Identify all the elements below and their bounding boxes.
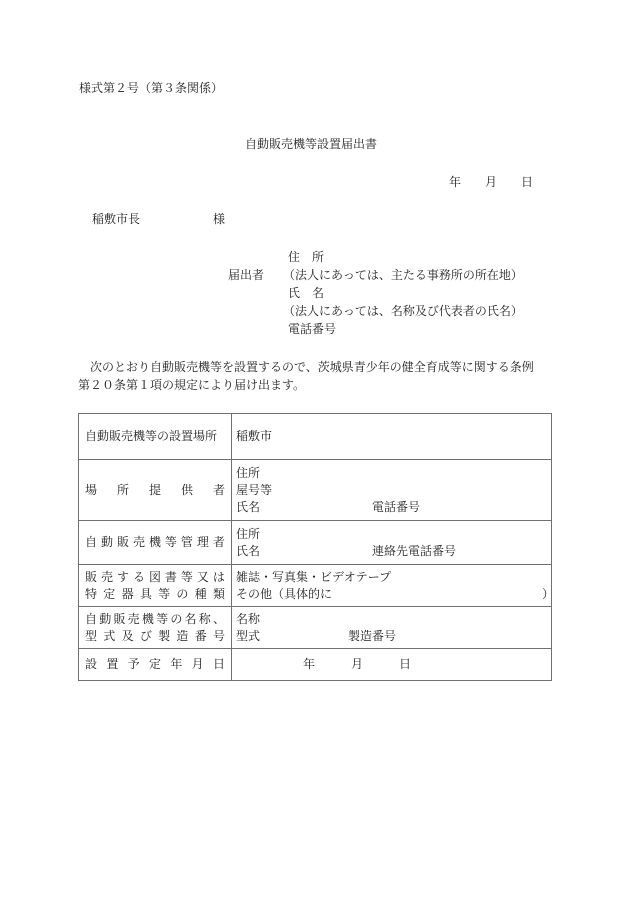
label-char: 所 xyxy=(117,482,129,499)
label-char: 及 xyxy=(122,628,134,645)
label-location-provider: 場 所 提 供 者 xyxy=(79,460,232,521)
goods-option-other: その他（具体的に xyxy=(236,587,332,601)
address-field-label: 住所 xyxy=(236,526,547,543)
name-label: 氏 名 xyxy=(288,287,324,299)
label-machine-manager: 自 動 販 売 機 等 管 理 者 xyxy=(79,521,232,565)
label-char: 置 xyxy=(106,656,118,673)
label-char: 自 xyxy=(85,611,97,628)
applicant-label: 届出者 xyxy=(228,269,264,281)
label-char: 動 xyxy=(99,611,111,628)
label-char: 等 xyxy=(181,569,193,586)
date-line: 年 月 日 xyxy=(236,656,547,673)
month-label: 月 xyxy=(485,176,497,188)
label-char: の xyxy=(170,611,182,628)
label-char: る xyxy=(133,569,145,586)
trade-name-field-label: 屋号等 xyxy=(236,482,547,499)
table-row-location-provider: 場 所 提 供 者 住所 屋号等 氏名 電話番号 xyxy=(79,460,552,521)
label-char: 販 xyxy=(117,534,129,551)
value-goods-type[interactable]: 雑誌・写真集・ビデオテープ その他（具体的に ） xyxy=(232,565,552,607)
label-char: 称 xyxy=(199,611,211,628)
label-char: 、 xyxy=(213,611,225,628)
label-char: 動 xyxy=(101,534,113,551)
label-char: 製 xyxy=(158,628,170,645)
label-char: 管 xyxy=(181,534,193,551)
label-spread: 自 動 販 売 機 等 管 理 者 xyxy=(85,534,225,551)
form-number: 様式第２号（第３条関係） xyxy=(79,82,223,94)
name-phone-line: 氏名 電話番号 xyxy=(236,499,547,516)
label-char: 機 xyxy=(142,611,154,628)
value-machine-manager[interactable]: 住所 氏名 連絡先電話番号 xyxy=(232,521,552,565)
value-location-provider[interactable]: 住所 屋号等 氏名 電話番号 xyxy=(232,460,552,521)
label-spread: 設 置 予 定 年 月 日 xyxy=(85,656,225,673)
name-note: （法人にあっては、名称及び代表者の氏名） xyxy=(283,305,523,317)
label-char: の xyxy=(176,586,188,603)
label-char: 特 xyxy=(85,586,97,603)
label-char: は xyxy=(213,569,225,586)
label-char: 式 xyxy=(103,628,115,645)
label-char: 造 xyxy=(176,628,188,645)
label-char: 売 xyxy=(128,611,140,628)
label-spread-line-2: 型 式 及 び 製 造 番 号 xyxy=(85,628,225,645)
label-char: 者 xyxy=(213,482,225,499)
location-value: 稲敷市 xyxy=(236,429,272,443)
serial-number-field-label: 製造番号 xyxy=(348,628,396,645)
body-line-1: 次のとおり自動販売機等を設置するので、茨城県青少年の健全育成等に関する条例 xyxy=(78,361,534,373)
machine-name-field-label: 名称 xyxy=(236,611,547,628)
goods-option-other-line: その他（具体的に ） xyxy=(236,586,547,603)
label-char: 等 xyxy=(165,534,177,551)
label-char: 販 xyxy=(85,569,97,586)
value-installation-location[interactable]: 稲敷市 xyxy=(232,414,552,460)
address-note: （法人にあっては、主たる事務所の所在地） xyxy=(283,269,523,281)
label-goods-type: 販 売 す る 図 書 等 又 は 特 定 器 具 等 の 種 類 xyxy=(79,565,232,607)
label-char: 売 xyxy=(101,569,113,586)
label-text: 自動販売機等の設置場所 xyxy=(85,429,217,443)
address-field-label: 住所 xyxy=(236,465,547,482)
label-char: 号 xyxy=(213,628,225,645)
label-char: 供 xyxy=(181,482,193,499)
model-field-label: 型式 xyxy=(236,629,260,643)
document-title: 自動販売機等設置届出書 xyxy=(245,138,377,150)
name-field-label: 氏名 xyxy=(236,500,260,514)
year-label: 年 xyxy=(449,176,461,188)
label-char: 販 xyxy=(113,611,125,628)
contact-phone-field-label: 連絡先電話番号 xyxy=(372,543,456,560)
label-char: 者 xyxy=(213,534,225,551)
phone-label: 電話番号 xyxy=(288,323,336,335)
label-char: す xyxy=(117,569,129,586)
label-char: 日 xyxy=(213,656,225,673)
address-label: 住 所 xyxy=(288,251,324,263)
label-char: 類 xyxy=(213,586,225,603)
label-spread-line-1: 自 動 販 売 機 等 の 名 称 、 xyxy=(85,611,225,628)
label-installation-location: 自動販売機等の設置場所 xyxy=(79,414,232,460)
label-char: 種 xyxy=(195,586,207,603)
value-installation-date[interactable]: 年 月 日 xyxy=(232,649,552,681)
label-char: 場 xyxy=(85,482,97,499)
table-row-machine-manager: 自 動 販 売 機 等 管 理 者 住所 氏名 連絡先電話番号 xyxy=(79,521,552,565)
label-installation-date: 設 置 予 定 年 月 日 xyxy=(79,649,232,681)
day-label: 日 xyxy=(399,656,411,673)
table-row-goods-type: 販 売 す る 図 書 等 又 は 特 定 器 具 等 の 種 類 雑 xyxy=(79,565,552,607)
value-machine-model[interactable]: 名称 型式 製造番号 xyxy=(232,607,552,649)
label-char: 図 xyxy=(149,569,161,586)
addressee-name: 稲敷市長 xyxy=(92,213,140,225)
label-char: 等 xyxy=(158,586,170,603)
label-char: 月 xyxy=(192,656,204,673)
label-char: 予 xyxy=(128,656,140,673)
label-spread: 場 所 提 供 者 xyxy=(85,482,225,499)
label-machine-model: 自 動 販 売 機 等 の 名 称 、 型 式 及 び 製 造 番 号 xyxy=(79,607,232,649)
label-char: 型 xyxy=(85,628,97,645)
addressee-honorific: 様 xyxy=(213,213,225,225)
closing-paren: ） xyxy=(542,586,554,603)
label-char: 理 xyxy=(197,534,209,551)
body-line-2: 第２０条第１項の規定により届け出ます。 xyxy=(78,379,305,391)
table-row-machine-model: 自 動 販 売 機 等 の 名 称 、 型 式 及 び 製 造 番 号 xyxy=(79,607,552,649)
name-field-label: 氏名 xyxy=(236,544,260,558)
label-char: 機 xyxy=(149,534,161,551)
model-serial-line: 型式 製造番号 xyxy=(236,628,547,645)
table-row-installation-location: 自動販売機等の設置場所 稲敷市 xyxy=(79,414,552,460)
label-char: 名 xyxy=(185,611,197,628)
label-char: 定 xyxy=(103,586,115,603)
notification-table: 自動販売機等の設置場所 稲敷市 場 所 提 供 者 住所 屋号等 氏名 電話番号 xyxy=(78,413,552,681)
label-char: 自 xyxy=(85,534,97,551)
label-char: 番 xyxy=(195,628,207,645)
label-char: 提 xyxy=(149,482,161,499)
phone-field-label: 電話番号 xyxy=(372,499,420,516)
table-row-installation-date: 設 置 予 定 年 月 日 年 月 日 xyxy=(79,649,552,681)
label-char: 定 xyxy=(149,656,161,673)
label-char: 等 xyxy=(156,611,168,628)
label-char: 年 xyxy=(170,656,182,673)
label-char: 売 xyxy=(133,534,145,551)
label-char: 器 xyxy=(122,586,134,603)
label-char: 具 xyxy=(140,586,152,603)
label-char: 書 xyxy=(165,569,177,586)
name-phone-line: 氏名 連絡先電話番号 xyxy=(236,543,547,560)
label-spread-line-2: 特 定 器 具 等 の 種 類 xyxy=(85,586,225,603)
label-char: 又 xyxy=(197,569,209,586)
month-label: 月 xyxy=(351,656,363,673)
label-char: び xyxy=(140,628,152,645)
label-spread-line-1: 販 売 す る 図 書 等 又 は xyxy=(85,569,225,586)
label-char: 設 xyxy=(85,656,97,673)
goods-option-magazines: 雑誌・写真集・ビデオテープ xyxy=(236,569,547,586)
year-label: 年 xyxy=(303,656,315,673)
day-label: 日 xyxy=(521,176,533,188)
